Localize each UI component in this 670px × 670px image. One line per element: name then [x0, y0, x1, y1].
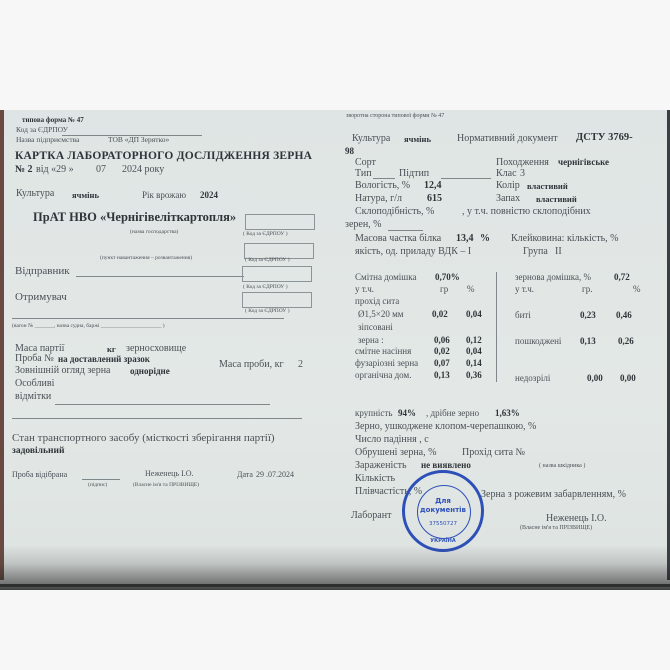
lab-label: Лаборант: [351, 510, 391, 521]
signature-caption: (підпис): [88, 482, 107, 488]
subtype-line[interactable]: [441, 178, 491, 179]
weed-admixture-label: Смітна домішка: [355, 272, 416, 282]
appearance-label: Зовнішній огляд зерна: [15, 365, 111, 376]
sampled-label: Проба відібрана: [12, 470, 67, 479]
loading-code-caption: ( Код за ЄДРПОУ ): [245, 257, 290, 263]
norm-doc-value: ДСТУ 3769-: [576, 132, 633, 143]
stamp-center-2: документів: [405, 506, 481, 514]
weed-col-gr: гр: [440, 284, 448, 294]
row-gr: 0,13: [580, 336, 596, 346]
nature-value: 615: [427, 193, 442, 204]
sample-value: на доставлений зразок: [58, 354, 150, 364]
norm-doc-value-cont: 98: [345, 146, 354, 156]
gluten-quality-label: якість, од. приладу ВДК – І: [355, 246, 471, 257]
sample-label: Проба №: [15, 353, 54, 364]
row-pct: 0,04: [466, 309, 482, 319]
grain-col-gr: гр.: [582, 284, 592, 294]
grain-col-pct: %: [633, 284, 641, 294]
notes-label-2: відмітки: [15, 391, 51, 402]
protein-label: Масова частка білка: [355, 233, 441, 244]
grain-admixture-label: зернова домішка, %: [515, 272, 591, 282]
subtype-label: Підтип: [399, 168, 429, 179]
culture-value: ячмінь: [72, 190, 99, 200]
farm-code-caption: ( Код за ЄДРПОУ ): [243, 231, 288, 237]
row-label: недозрілі: [515, 373, 550, 383]
sampled-signature-line[interactable]: [82, 479, 120, 480]
pink-grains-label: Зерна з рожевим забарвленням, %: [481, 489, 626, 500]
notes-label-1: Особливі: [15, 378, 54, 389]
stamp-code: 37550727: [405, 521, 481, 527]
culture-label: Культура: [16, 188, 54, 199]
row-pct: 0,46: [616, 310, 632, 320]
enterprise-label: Назва підприємства: [16, 135, 79, 144]
row-pct: 0,04: [466, 346, 482, 356]
sender-code-box[interactable]: [242, 266, 312, 282]
vitreous-label: Склоподібність, %: [355, 206, 434, 217]
transport-label: Стан транспортного засобу (місткості збе…: [12, 432, 275, 444]
infestation-label: Зараженість: [355, 460, 407, 471]
card-date-prefix: від «29 »: [36, 164, 74, 175]
sender-code-caption: ( Код за ЄДРПОУ ): [243, 284, 288, 290]
gluten-label: Клейковина: кількість, %: [511, 233, 618, 244]
infestation-value: не виявлено: [421, 460, 471, 470]
row-sublabel: зерна :: [358, 335, 384, 345]
type-label: Тип: [355, 168, 372, 179]
small-grain-label: , дрібне зерно: [426, 408, 479, 418]
row-gr: 0,02: [432, 309, 448, 319]
stamp-center-1: Для: [405, 497, 481, 505]
notes-line-2[interactable]: [12, 418, 302, 419]
card-number: № 2: [15, 164, 33, 175]
receiver-code-box[interactable]: [242, 292, 312, 308]
sampler-name-caption: (Власне ім'я та ПРІЗВИЩЕ): [133, 482, 199, 488]
origin-label: Походження: [496, 157, 549, 168]
group-label: Група: [523, 246, 548, 257]
protein-value: 13,4: [456, 233, 474, 244]
column-divider: [496, 272, 497, 382]
back-header: зворотна сторона типової форми № 47: [346, 113, 444, 119]
vitreous-line[interactable]: [388, 230, 423, 231]
row-gr: 0,13: [434, 370, 450, 380]
row-label: зіпсовані: [358, 322, 393, 332]
weed-admixture-total: 0,70%: [435, 272, 460, 282]
row-gr: 0,06: [434, 335, 450, 345]
origin-value: чернігівське: [558, 157, 609, 167]
row-gr: 0,07: [434, 358, 450, 368]
lab-name: Неженець І.О.: [546, 513, 607, 524]
farm-code-box[interactable]: [245, 214, 315, 230]
class-value: 3: [520, 168, 525, 179]
paper-bottom-edge: [0, 584, 670, 587]
nature-label: Натура, г/л: [355, 193, 402, 204]
variety-label: Сорт: [355, 157, 376, 168]
wagon-line: [12, 318, 284, 319]
row-gr: 0,23: [580, 310, 596, 320]
class-label: Клас: [496, 168, 517, 179]
batch-mass-unit: кг: [107, 344, 116, 354]
row-pct: 0,00: [620, 373, 636, 383]
harvest-label: Рік врожаю: [142, 190, 186, 200]
receiver-code-caption: ( Код за ЄДРПОУ ): [245, 308, 290, 314]
moisture-value: 12,4: [424, 180, 442, 191]
back-culture-label: Культура: [352, 133, 390, 144]
row-pct: 0,36: [466, 370, 482, 380]
notes-line-1[interactable]: [55, 404, 270, 405]
stamp-bottom: УКРАЇНА: [405, 538, 481, 544]
moisture-label: Вологість, %: [355, 180, 410, 191]
color-value: властивий: [527, 181, 568, 191]
size-value: 94%: [398, 408, 416, 418]
smell-value: властивий: [536, 194, 577, 204]
grain-incl-label: у т.ч.: [515, 284, 534, 294]
falling-number-label: Число падіння , с: [355, 434, 429, 445]
card-date-month: 07: [96, 164, 106, 175]
enterprise-name: ТОВ «ДП Зерятко»: [108, 135, 169, 144]
row-label: фузаріозні зерна: [355, 358, 418, 368]
small-grain-value: 1,63%: [495, 408, 520, 418]
row-label: биті: [515, 310, 531, 320]
row-gr: 0,02: [434, 346, 450, 356]
row-label: органічна дом.: [355, 370, 411, 380]
group-value: II: [555, 246, 562, 257]
paper-left-edge: [0, 110, 4, 580]
type-line[interactable]: [373, 178, 395, 179]
row-label: пошкоджені: [515, 336, 561, 346]
date-label: Дата: [237, 470, 253, 479]
vitreous-cont: , у т.ч. повністю склоподібних: [462, 206, 591, 217]
size-label: крупність: [355, 408, 392, 418]
row-label: прохід сита: [355, 296, 399, 306]
hulled-label: Обрушені зерна, %: [355, 447, 436, 458]
storage-label: зерносховище: [126, 343, 186, 354]
official-stamp: Для документів 37550727 УКРАЇНА: [402, 470, 484, 552]
loading-caption: (пункт навантаження – розвантаження): [100, 255, 192, 261]
row-pct: 0,26: [618, 336, 634, 346]
card-date-year: 2024 року: [122, 164, 164, 175]
weed-col-pct: %: [467, 284, 475, 294]
sample-mass-label: Маса проби, кг: [219, 359, 284, 370]
sender-label: Відправник: [15, 265, 70, 277]
bug-damage-label: Зерно, ушкоджене клопом-черепашкою, %: [355, 421, 536, 432]
vitreous-cont2: зерен, %: [345, 219, 382, 230]
back-culture-value: ячмінь: [404, 134, 431, 144]
row-sublabel: Ø1,5×20 мм: [358, 309, 403, 319]
row-gr: 0,00: [587, 373, 603, 383]
norm-doc-label: Нормативний документ: [457, 133, 558, 144]
appearance-value: однорідне: [130, 366, 170, 376]
protein-unit: %: [480, 233, 490, 244]
card-title: КАРТКА ЛАБОРАТОРНОГО ДОСЛІДЖЕННЯ ЗЕРНА: [15, 150, 312, 162]
row-pct: 0,12: [466, 335, 482, 345]
grain-admixture-total: 0,72: [614, 272, 630, 282]
row-label: смітне насіння: [355, 346, 411, 356]
sample-mass-value: 2: [298, 359, 303, 370]
quantity-label: Кількість: [355, 473, 395, 484]
sampler-name: Неженець І.О.: [145, 469, 194, 478]
wagon-caption: (вагон № _______, назва судна, баржі ___…: [12, 323, 165, 329]
farm-name: ПрАТ НВО «Чернігівеліткартопля»: [33, 210, 236, 225]
weed-incl-label: у т.ч.: [355, 284, 374, 294]
lab-name-caption: (Власне ім'я та ПРІЗВИЩЕ): [520, 525, 592, 531]
sieve-label: Прохід сита №: [462, 447, 525, 458]
color-label: Колір: [496, 180, 520, 191]
date-value: 29 .07.2024: [256, 470, 294, 479]
farm-caption: (назва господарства): [130, 229, 178, 235]
form-type: типова форма № 47: [22, 116, 84, 124]
row-pct: 0,14: [466, 358, 482, 368]
smell-label: Запах: [496, 193, 520, 204]
harvest-value: 2024: [200, 190, 218, 200]
sender-line[interactable]: [76, 276, 244, 277]
transport-value: задовільний: [12, 446, 64, 456]
edrpou-label: Код за ЄДРПОУ: [16, 125, 68, 134]
pest-caption: ( назва шкідника ): [539, 463, 585, 469]
receiver-label: Отримувач: [15, 291, 67, 303]
